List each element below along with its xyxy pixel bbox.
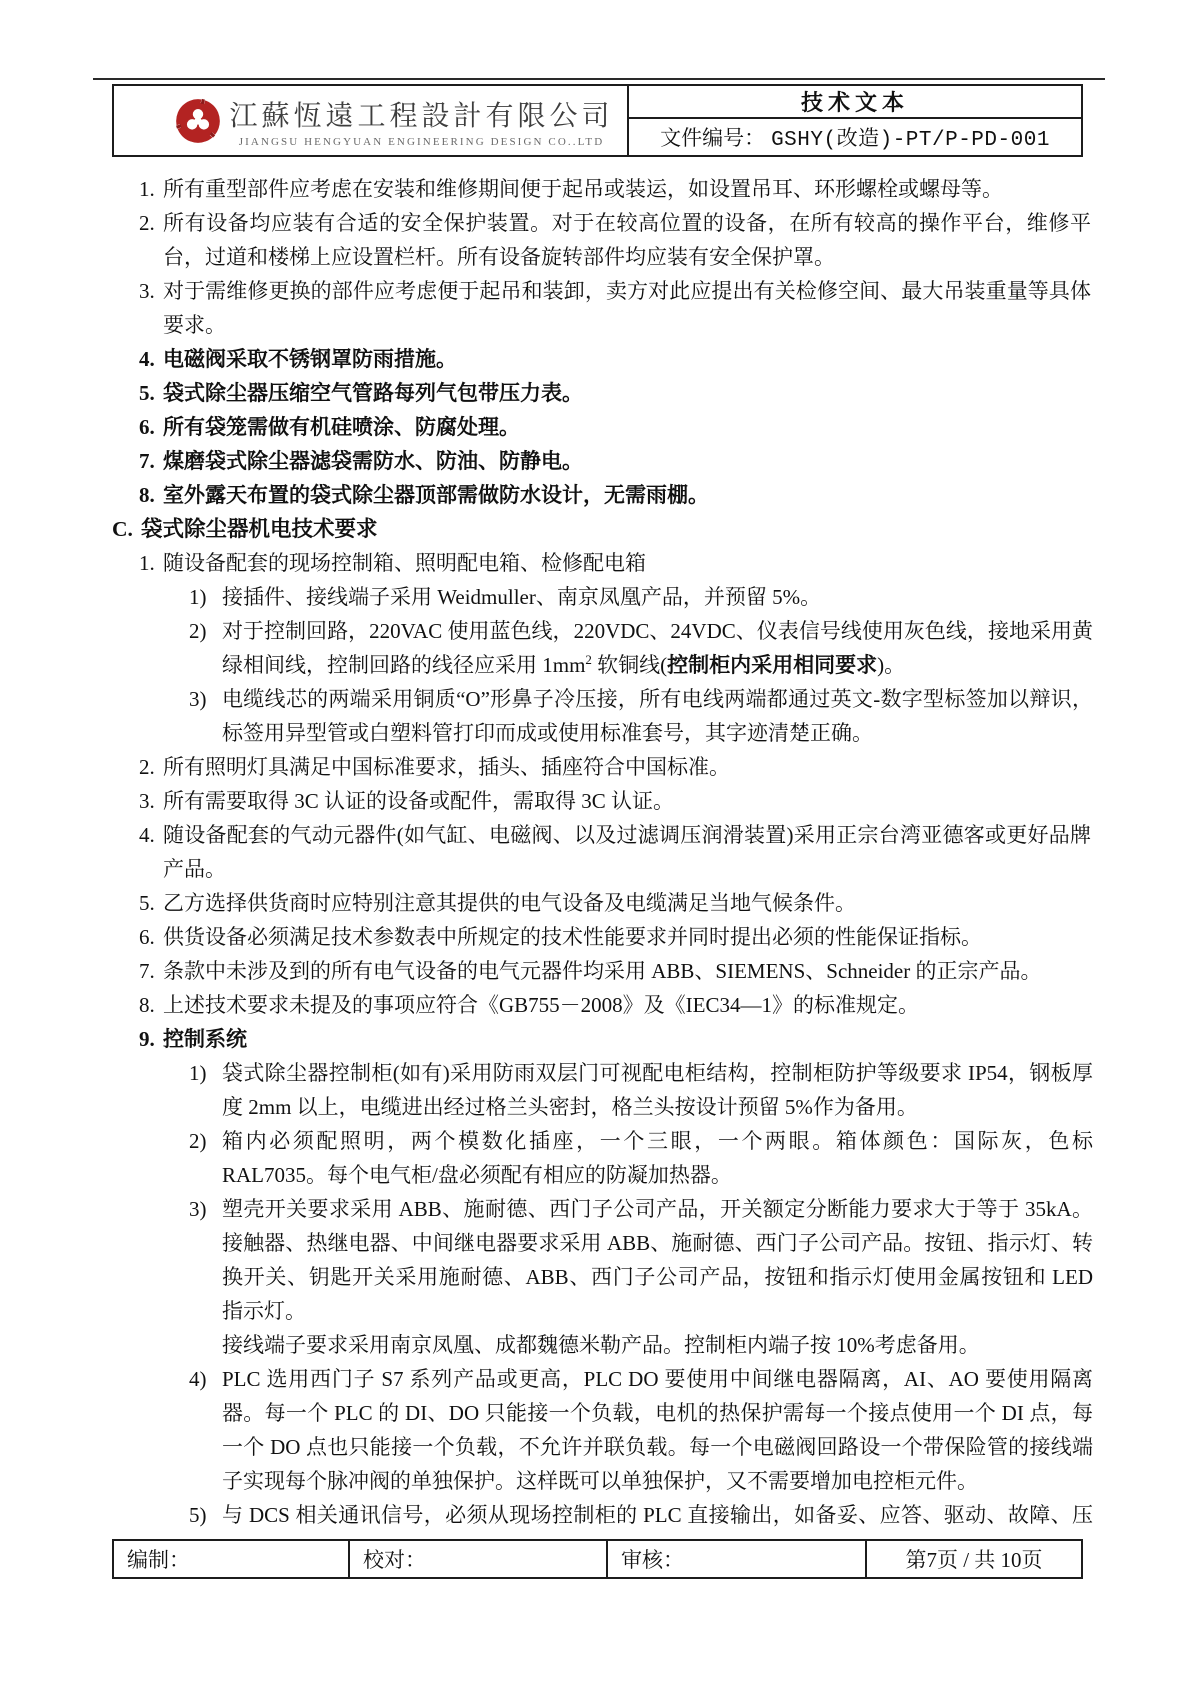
company-logo-icon bbox=[172, 95, 224, 147]
item-text: 与 DCS 相关通讯信号，必须从现场控制柜的 PLC 直接输出，如备妥、应答、驱… bbox=[222, 1503, 1093, 1538]
item-text: 电缆线芯的两端采用铜质“O”形鼻子冷压接，所有电线两端都通过英文-数字型标签加以… bbox=[222, 687, 1093, 745]
list-item: 1.随设备配套的现场控制箱、照明配电箱、检修配电箱 bbox=[0, 546, 1199, 580]
item-marker: C. bbox=[112, 512, 133, 546]
item-marker: 9. bbox=[139, 1022, 155, 1056]
document-number-row: 文件编号： GSHY(改造)-PT/P-PD-001 bbox=[629, 119, 1081, 155]
item-marker: 2) bbox=[189, 614, 207, 648]
list-item: 5)与 DCS 相关通讯信号，必须从现场控制柜的 PLC 直接输出，如备妥、应答… bbox=[0, 1498, 1199, 1538]
footer-cell-prepared: 编制： bbox=[114, 1541, 350, 1577]
list-item: 5.乙方选择供货商时应特别注意其提供的电气设备及电缆满足当地气候条件。 bbox=[0, 886, 1199, 920]
item-marker: 3) bbox=[189, 1192, 207, 1226]
item-text: 所有袋笼需做有机硅喷涂、防腐处理。 bbox=[163, 415, 520, 439]
list-item: 7.条款中未涉及到的所有电气设备的电气元器件均采用 ABB、SIEMENS、Sc… bbox=[0, 954, 1199, 988]
list-item: 8.上述技术要求未提及的事项应符合《GB755－2008》及《IEC34—1》的… bbox=[0, 988, 1199, 1022]
item-text: 室外露天布置的袋式除尘器顶部需做防水设计，无需雨棚。 bbox=[163, 483, 709, 507]
item-marker: 1) bbox=[189, 580, 207, 614]
item-text: 条款中未涉及到的所有电气设备的电气元器件均采用 ABB、SIEMENS、Schn… bbox=[163, 959, 1042, 983]
document-type-title: 技术文本 bbox=[629, 86, 1081, 119]
item-text: 对于需维修更换的部件应考虑便于起吊和装卸，卖方对此应提出有关检修空间、最大吊装重… bbox=[163, 279, 1091, 337]
item-marker: 2. bbox=[139, 206, 155, 240]
list-item: 6.所有袋笼需做有机硅喷涂、防腐处理。 bbox=[0, 410, 1199, 444]
item-marker: 7. bbox=[139, 954, 155, 988]
item-text: 箱内必须配照明，两个模数化插座，一个三眼，一个两眼。箱体颜色：国际灰，色标 RA… bbox=[222, 1129, 1093, 1187]
item-text: 所有照明灯具满足中国标准要求，插头、插座符合中国标准。 bbox=[163, 755, 730, 779]
item-marker: 3) bbox=[189, 682, 207, 716]
item-marker: 5. bbox=[139, 886, 155, 920]
list-item: 4)PLC 选用西门子 S7 系列产品或更高，PLC DO 要使用中间继电器隔离… bbox=[0, 1362, 1199, 1498]
list-item: 3)塑壳开关要求采用 ABB、施耐德、西门子公司产品，开关额定分断能力要求大于等… bbox=[0, 1192, 1199, 1328]
list-item: 5.袋式除尘器压缩空气管路每列气包带压力表。 bbox=[0, 376, 1199, 410]
item-marker: 8. bbox=[139, 478, 155, 512]
document-body: 1.所有重型部件应考虑在安装和维修期间便于起吊或装运，如设置吊耳、环形螺栓或螺母… bbox=[0, 172, 1199, 1538]
list-item: 6.供货设备必须满足技术参数表中所规定的技术性能要求并同时提出必须的性能保证指标… bbox=[0, 920, 1199, 954]
list-item: 2)对于控制回路，220VAC 使用蓝色线，220VDC、24VDC、仪表信号线… bbox=[0, 614, 1199, 682]
item-text: 袋式除尘器机电技术要求 bbox=[141, 517, 378, 541]
list-item: 接线端子要求采用南京凤凰、成都魏德米勒产品。控制柜内端子按 10%考虑备用。 bbox=[0, 1328, 1199, 1362]
item-text: 接插件、接线端子采用 Weidmuller、南京凤凰产品，并预留 5%。 bbox=[222, 585, 821, 609]
document-number-label: 文件编号： bbox=[660, 122, 765, 152]
item-text: PLC 选用西门子 S7 系列产品或更高，PLC DO 要使用中间继电器隔离，A… bbox=[222, 1367, 1093, 1493]
item-marker: 1. bbox=[139, 172, 155, 206]
text-run: )。 bbox=[877, 653, 905, 677]
item-marker: 5) bbox=[189, 1498, 207, 1532]
item-text: 供货设备必须满足技术参数表中所规定的技术性能要求并同时提出必须的性能保证指标。 bbox=[163, 925, 982, 949]
company-cell: 江蘇恆遠工程設計有限公司 JIANGSU HENGYUAN ENGINEERIN… bbox=[114, 86, 629, 155]
list-item: 1.所有重型部件应考虑在安装和维修期间便于起吊或装运，如设置吊耳、环形螺栓或螺母… bbox=[0, 172, 1199, 206]
item-marker: 5. bbox=[139, 376, 155, 410]
item-text: 乙方选择供货商时应特别注意其提供的电气设备及电缆满足当地气候条件。 bbox=[163, 891, 856, 915]
header-top-rule bbox=[93, 78, 1105, 80]
company-name-block: 江蘇恆遠工程設計有限公司 JIANGSU HENGYUAN ENGINEERIN… bbox=[224, 94, 619, 148]
company-name-en: JIANGSU HENGYUAN ENGINEERING DESIGN CO..… bbox=[239, 136, 605, 148]
document-page: 江蘇恆遠工程設計有限公司 JIANGSU HENGYUAN ENGINEERIN… bbox=[0, 0, 1199, 1696]
section-heading: C.袋式除尘器机电技术要求 bbox=[0, 512, 1199, 546]
list-item: 4.随设备配套的气动元器件(如气缸、电磁阀、以及过滤调压润滑装置)采用正宗台湾亚… bbox=[0, 818, 1199, 886]
item-text: 接线端子要求采用南京凤凰、成都魏德米勒产品。控制柜内端子按 10%考虑备用。 bbox=[222, 1333, 980, 1357]
prepared-label: 编制： bbox=[127, 1544, 190, 1574]
item-marker: 3. bbox=[139, 274, 155, 308]
item-text: 随设备配套的现场控制箱、照明配电箱、检修配电箱 bbox=[163, 551, 646, 575]
item-text: 袋式除尘器控制柜(如有)采用防雨双层门可视配电柜结构，控制柜防护等级要求 IP5… bbox=[222, 1061, 1093, 1119]
header-table: 江蘇恆遠工程設計有限公司 JIANGSU HENGYUAN ENGINEERIN… bbox=[112, 84, 1083, 157]
item-marker: 1) bbox=[189, 1056, 207, 1090]
item-text: 塑壳开关要求采用 ABB、施耐德、西门子公司产品，开关额定分断能力要求大于等于 … bbox=[222, 1197, 1093, 1323]
item-marker: 1. bbox=[139, 546, 155, 580]
list-item: 1)袋式除尘器控制柜(如有)采用防雨双层门可视配电柜结构，控制柜防护等级要求 I… bbox=[0, 1056, 1199, 1124]
footer-page-indicator: 第7页 / 共 10页 bbox=[867, 1541, 1081, 1577]
page-number-text: 第7页 / 共 10页 bbox=[905, 1544, 1042, 1574]
list-item: 1)接插件、接线端子采用 Weidmuller、南京凤凰产品，并预留 5%。 bbox=[0, 580, 1199, 614]
item-marker: 6. bbox=[139, 920, 155, 954]
list-item: 7.煤磨袋式除尘器滤袋需防水、防油、防静电。 bbox=[0, 444, 1199, 478]
item-text: 煤磨袋式除尘器滤袋需防水、防油、防静电。 bbox=[163, 449, 583, 473]
item-marker: 2) bbox=[189, 1124, 207, 1158]
header-right-cell: 技术文本 文件编号： GSHY(改造)-PT/P-PD-001 bbox=[629, 86, 1081, 155]
item-text: 对于控制回路，220VAC 使用蓝色线，220VDC、24VDC、仪表信号线使用… bbox=[222, 619, 1093, 677]
item-text: 上述技术要求未提及的事项应符合《GB755－2008》及《IEC34—1》的标准… bbox=[163, 993, 919, 1017]
item-marker: 8. bbox=[139, 988, 155, 1022]
text-run: 控制柜内采用相同要求 bbox=[667, 653, 877, 677]
list-item: 9.控制系统 bbox=[0, 1022, 1199, 1056]
item-text: 所有设备均应装有合适的安全保护装置。对于在较高位置的设备，在所有较高的操作平台，… bbox=[163, 211, 1091, 269]
item-marker: 3. bbox=[139, 784, 155, 818]
list-item: 3.所有需要取得 3C 认证的设备或配件，需取得 3C 认证。 bbox=[0, 784, 1199, 818]
item-text: 袋式除尘器压缩空气管路每列气包带压力表。 bbox=[163, 381, 583, 405]
item-marker: 7. bbox=[139, 444, 155, 478]
company-name: 江蘇恆遠工程設計有限公司 bbox=[229, 94, 613, 134]
proofread-label: 校对： bbox=[363, 1544, 426, 1574]
reviewed-label: 审核： bbox=[621, 1544, 684, 1574]
item-text: 电磁阀采取不锈钢罩防雨措施。 bbox=[163, 347, 457, 371]
list-item: 3.对于需维修更换的部件应考虑便于起吊和装卸，卖方对此应提出有关检修空间、最大吊… bbox=[0, 274, 1199, 342]
item-text: 所有需要取得 3C 认证的设备或配件，需取得 3C 认证。 bbox=[163, 789, 674, 813]
list-item: 2.所有照明灯具满足中国标准要求，插头、插座符合中国标准。 bbox=[0, 750, 1199, 784]
document-number-value: GSHY(改造)-PT/P-PD-001 bbox=[771, 122, 1050, 152]
item-text: 所有重型部件应考虑在安装和维修期间便于起吊或装运，如设置吊耳、环形螺栓或螺母等。 bbox=[163, 177, 1003, 201]
item-marker: 4. bbox=[139, 818, 155, 852]
footer-table: 编制： 校对： 审核： 第7页 / 共 10页 bbox=[112, 1539, 1083, 1579]
footer-cell-proofread: 校对： bbox=[350, 1541, 608, 1577]
list-item: 3)电缆线芯的两端采用铜质“O”形鼻子冷压接，所有电线两端都通过英文-数字型标签… bbox=[0, 682, 1199, 750]
list-item: 8.室外露天布置的袋式除尘器顶部需做防水设计，无需雨棚。 bbox=[0, 478, 1199, 512]
list-item: 4.电磁阀采取不锈钢罩防雨措施。 bbox=[0, 342, 1199, 376]
text-run: 软铜线( bbox=[592, 653, 667, 677]
item-marker: 6. bbox=[139, 410, 155, 444]
footer-cell-reviewed: 审核： bbox=[608, 1541, 867, 1577]
list-item: 2.所有设备均应装有合适的安全保护装置。对于在较高位置的设备，在所有较高的操作平… bbox=[0, 206, 1199, 274]
item-marker: 4) bbox=[189, 1362, 207, 1396]
item-text: 控制系统 bbox=[163, 1027, 247, 1051]
list-item: 2)箱内必须配照明，两个模数化插座，一个三眼，一个两眼。箱体颜色：国际灰，色标 … bbox=[0, 1124, 1199, 1192]
item-text: 随设备配套的气动元器件(如气缸、电磁阀、以及过滤调压润滑装置)采用正宗台湾亚德客… bbox=[163, 823, 1091, 881]
item-marker: 4. bbox=[139, 342, 155, 376]
item-marker: 2. bbox=[139, 750, 155, 784]
